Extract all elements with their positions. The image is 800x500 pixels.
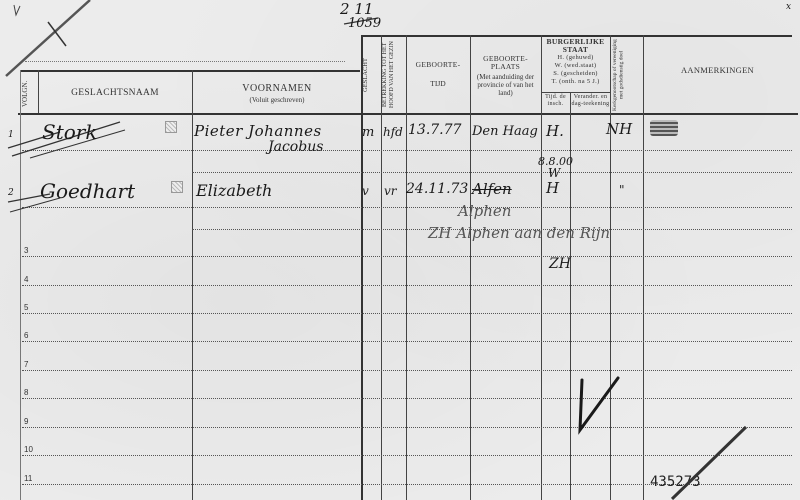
header-bs-h: H. (gehuwd) — [542, 54, 609, 62]
column-rule — [38, 70, 39, 113]
check-mark-icon — [570, 370, 630, 450]
row-2-geboorteplaats-note: ZH Alphen aan den Rijn — [428, 224, 610, 242]
header-voornamen-sub: (Voluit geschreven) — [194, 96, 360, 104]
row-1-voornamen-2: Jacobus — [268, 139, 323, 155]
row-rule — [22, 341, 792, 342]
header-voornamen: VOORNAMEN (Voluit geschreven) — [194, 83, 360, 104]
stamp-square — [171, 181, 183, 193]
header-geboortetijd: GEBOORTE- TIJD — [407, 60, 469, 88]
row-2-bs-note: ZH — [549, 256, 571, 272]
row-number: 3 — [24, 246, 28, 255]
row-1-geslacht: m — [362, 125, 374, 140]
header-dotted-rule — [25, 61, 345, 62]
row-2-geslacht: v — [362, 184, 369, 198]
header-voornamen-label: VOORNAMEN — [242, 83, 312, 94]
corner-mark: x — [786, 2, 791, 12]
header-bottom-rule — [18, 113, 798, 115]
header-bs-verander: Verander. en dag-teekening — [571, 94, 610, 107]
row-rule — [22, 256, 792, 257]
header-bs-t: T. (onth. na 5 J.) — [542, 78, 609, 86]
row-1-voornamen-1: Pieter Johannes — [194, 122, 322, 140]
header-geboorteplaats: GEBOORTE- PLAATS (Met aanduiding der pro… — [472, 55, 539, 97]
row-number: 7 — [24, 360, 28, 369]
row-number: 10 — [24, 445, 33, 454]
row-1-burgerlijke-staat: H. — [546, 122, 564, 140]
column-rule — [406, 35, 407, 500]
header-bs-2: STAAT — [542, 46, 609, 54]
header-top-rule — [20, 70, 360, 72]
row-2-geslachtsnaam: Goedhart — [40, 179, 135, 203]
row-2-geboortetijd: 24.11.73 — [406, 181, 468, 197]
header-geslachtsnaam: GESLACHTSNAAM — [40, 88, 190, 98]
row-1-geboortetijd: 13.7.77 — [408, 122, 461, 138]
column-rule — [470, 35, 471, 500]
row-2-geboorteplaats: Alfen — [472, 180, 512, 198]
row-1-number: 1 — [8, 130, 14, 140]
row-number: 11 — [24, 474, 32, 483]
row-2-geboorteplaats-correction: Alphen — [458, 202, 511, 220]
header-aanmerkingen: AANMERKINGEN — [645, 65, 790, 75]
header-betrekking: BETREKKING TOT HET HOOFD VAN HET GEZIN — [382, 38, 405, 112]
row-rule — [22, 285, 792, 286]
registry-card: 2 11 1059 x VOLGN. GESLACHTSNAAM VOORNAM… — [0, 0, 800, 500]
header-geboortetijd-2: TIJD — [407, 79, 469, 88]
row-rule — [22, 370, 792, 371]
row-2-number: 2 — [8, 188, 14, 198]
row-rule — [22, 398, 792, 399]
header-bs-tijd: Tijd. de insch. — [542, 94, 569, 107]
header-geboortetijd-1: GEBOORTE- — [416, 60, 461, 69]
header-geslacht: GESLACHT — [362, 40, 380, 110]
row-number: 8 — [24, 388, 28, 397]
row-1-geboorteplaats: Den Haag — [472, 124, 538, 139]
stamp-square — [165, 121, 177, 133]
column-rule — [643, 35, 644, 500]
diagonal-strike-mark — [0, 0, 120, 80]
row-2-betrekking: vr — [384, 184, 397, 198]
row-1-kerk: NH — [606, 120, 632, 138]
row-2-voornamen-1: Elizabeth — [196, 181, 272, 200]
folio-number-bottom: 1059 — [348, 16, 381, 31]
row-rule — [192, 172, 792, 173]
diagonal-strike-mark — [670, 425, 750, 500]
row-2-bs-change: W — [548, 166, 560, 180]
header-volgnr: VOLGN. — [22, 78, 36, 110]
header-geboorteplaats-2: PLAATS — [472, 63, 539, 71]
burgerlijke-staat-split-rule — [541, 92, 610, 93]
header-burgerlijke-staat: BURGERLIJKE STAAT H. (gehuwd) W. (wed.st… — [542, 38, 609, 86]
row-rule — [22, 313, 792, 314]
ink-stamp-smudge — [650, 120, 678, 136]
row-number: 6 — [24, 331, 28, 340]
row-2-burgerlijke-staat: H — [546, 179, 559, 197]
row-number: 9 — [24, 417, 28, 426]
row-1-betrekking: hfd — [383, 125, 403, 139]
header-bs-w: W. (wed.staat) — [542, 62, 609, 70]
header-kerkgenootschap: Kerkgenootschap of vereeniging met godsd… — [612, 38, 642, 112]
row-1-geslachtsnaam: Stork — [42, 120, 97, 144]
row-number: 5 — [24, 303, 28, 312]
row-number: 4 — [24, 275, 28, 284]
row-2-kerk: " — [619, 183, 625, 197]
header-bs-s: S. (gescheiden) — [542, 70, 609, 78]
header-geboorteplaats-sub: (Met aanduiding der provincie of van het… — [472, 73, 539, 97]
